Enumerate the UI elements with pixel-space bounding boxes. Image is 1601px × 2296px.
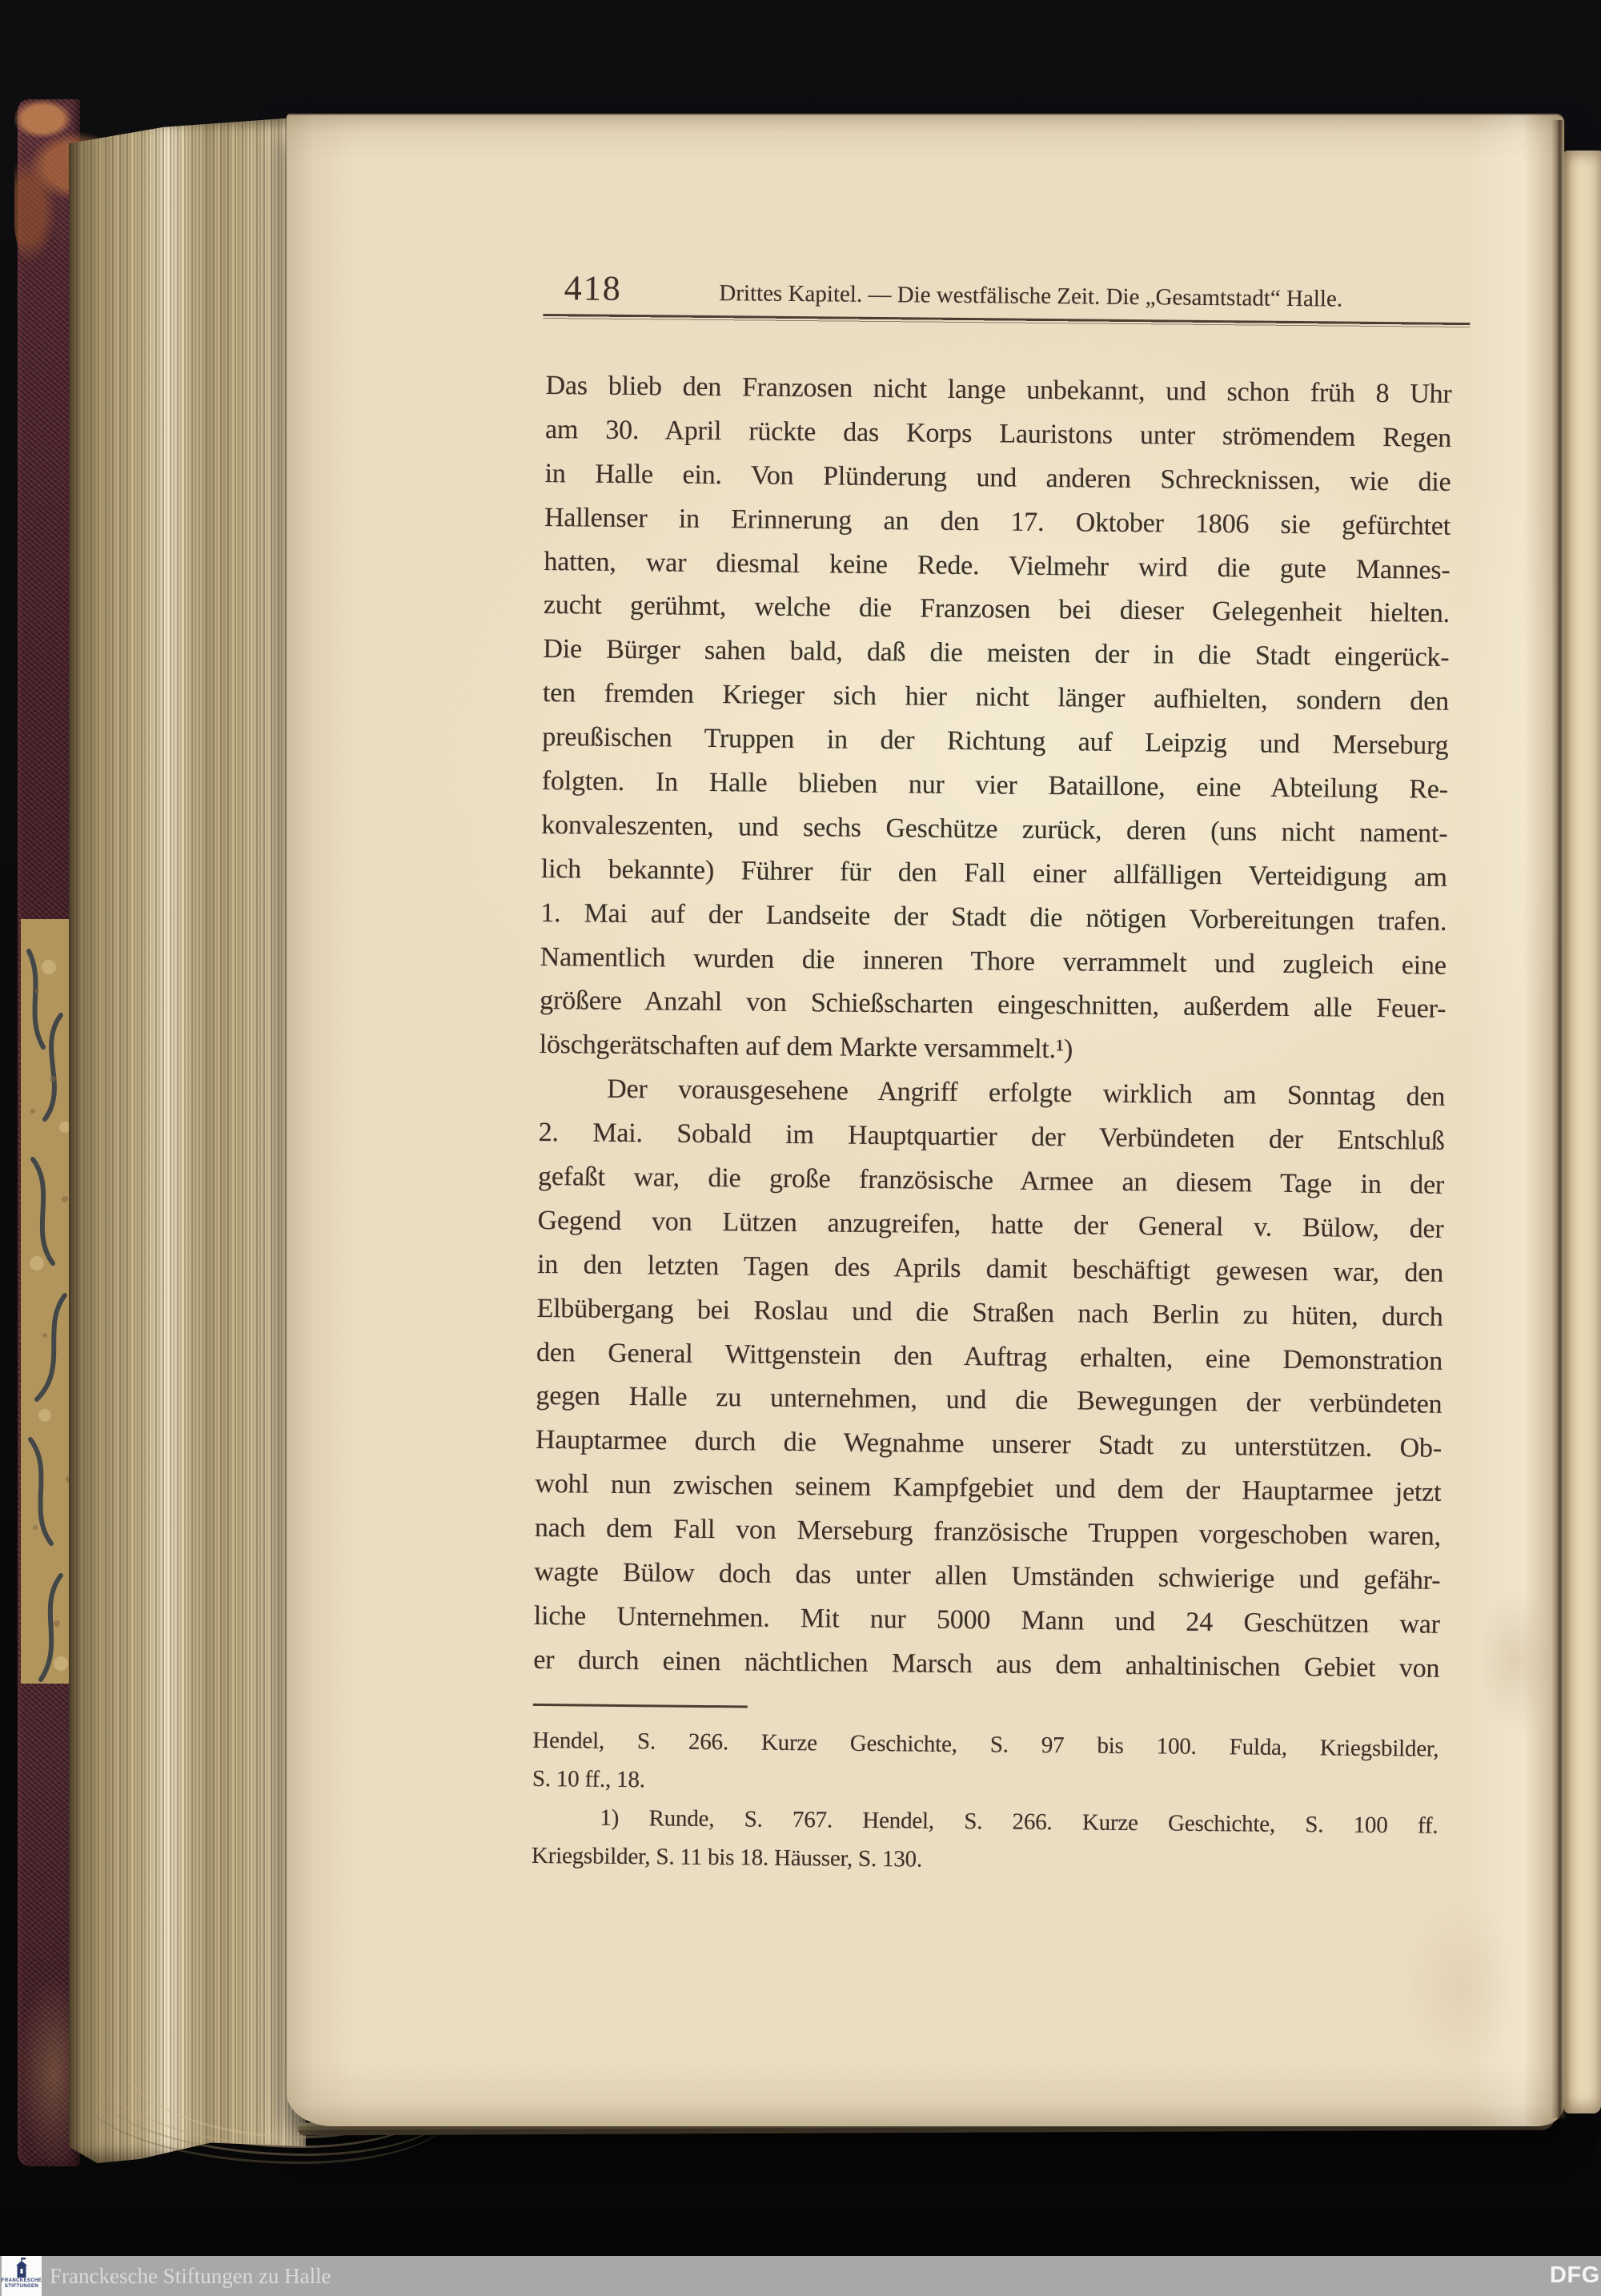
body-text: Das blieb den Franzosen nicht lange unbe… [533, 364, 1452, 1692]
footnote-text: Hendel, S. 266. Kurze Geschichte, S. 97 … [532, 1721, 1439, 1884]
paper-stain [1479, 1585, 1551, 1737]
francke-tower-icon [14, 2258, 29, 2278]
facing-page-sliver [1564, 151, 1601, 2113]
book-scan-viewer: 418 Drittes Kapitel. — Die westfälische … [0, 0, 1601, 2296]
running-header-title: Drittes Kapitel. — Die westfälische Zeit… [547, 279, 1453, 313]
text-line: 1. Mai auf der Landseite der Stadt die n… [540, 892, 1447, 945]
header-rule [543, 314, 1470, 328]
text-line: Hallenser in Erinnerung an den 17. Oktob… [544, 496, 1451, 549]
institution-name: Franckesche Stiftungen zu Halle [50, 2256, 331, 2296]
text-line: Elbübergang bei Roslau und die Straßen n… [536, 1287, 1443, 1340]
fore-edge-page-stack [69, 117, 306, 2163]
viewer-bottom-bar: FRANCKESCHE STIFTUNGEN Franckesche Stift… [0, 2256, 1601, 2296]
footnote-separator-rule [533, 1704, 748, 1708]
dfg-logo: DFG [1550, 2256, 1600, 2296]
institution-logo: FRANCKESCHE STIFTUNGEN [2, 2256, 42, 2296]
printed-text-block: 418 Drittes Kapitel. — Die westfälische … [531, 271, 1453, 1961]
logo-caption-line2: STIFTUNGEN [5, 2284, 38, 2290]
logo-caption-line1: FRANCKESCHE [2, 2278, 42, 2284]
text-line: er durch einen nächtlichen Marsch aus de… [533, 1639, 1439, 1692]
